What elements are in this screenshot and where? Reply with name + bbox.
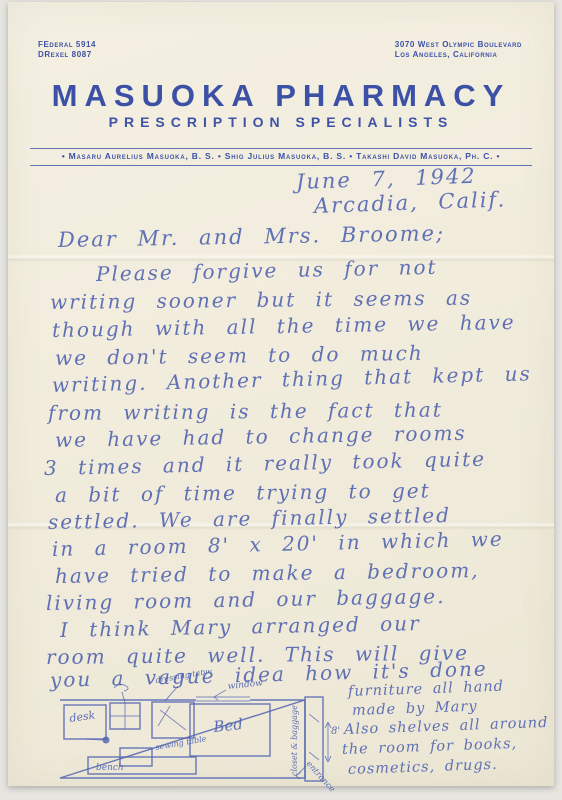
closet-hatch <box>309 714 319 760</box>
label-arrow <box>165 686 178 701</box>
label-arrow <box>214 690 226 700</box>
pharmacists-names: • Masaru Aurelius Masuoka, B. S. • Shig … <box>8 151 554 161</box>
window-mark <box>196 697 250 701</box>
body-line: I think Mary arranged our <box>60 611 421 642</box>
diagram-label-entrance: entrance <box>304 759 337 794</box>
pharmacy-title: MASUOKA PHARMACY <box>8 78 554 114</box>
diagram-label-closet: closet & baggage <box>290 705 299 776</box>
salutation: Dear Mr. and Mrs. Broome; <box>58 221 445 252</box>
diagram-label-window: window <box>227 678 263 692</box>
letterhead-address: 3070 West Olympic Boulevard Los Angeles,… <box>395 40 522 60</box>
body-line: a bit of time trying to get <box>55 478 431 507</box>
diagram-label-desk: desk <box>69 708 97 725</box>
scribble <box>114 684 128 691</box>
chair-cross <box>110 692 140 729</box>
address-line-1: 3070 West Olympic Boulevard <box>395 40 522 50</box>
pharmacy-subtitle: PRESCRIPTION SPECIALISTS <box>8 114 554 130</box>
room-diagram: desk dressing table sewing table Bed ben… <box>30 670 370 798</box>
diagram-label-width: 8' <box>331 726 340 737</box>
side-note-line: cosmetics, drugs. <box>348 757 498 778</box>
diagram-label-bed: Bed <box>212 715 244 736</box>
letter-paper: FEderal 5914 DRexel 8087 3070 West Olymp… <box>8 2 554 786</box>
phone-line-1: FEderal 5914 <box>38 40 96 50</box>
letterhead-phones: FEderal 5914 DRexel 8087 <box>38 40 96 60</box>
side-note-line: made by Mary <box>352 699 478 719</box>
diagram-label-bench: bench <box>96 763 124 773</box>
body-line: Please forgive us for not <box>96 255 438 286</box>
body-line: 3 times and it really took quite <box>44 447 486 480</box>
letterhead-rule-top <box>30 148 532 149</box>
ink-blob <box>103 737 110 744</box>
diagram-label-sewing-table: sewing table <box>155 734 208 752</box>
side-note-line: Also shelves all around <box>344 715 549 738</box>
body-line: we have had to change rooms <box>55 421 467 452</box>
scanned-letter: FEderal 5914 DRexel 8087 3070 West Olymp… <box>0 0 562 800</box>
body-line: writing sooner but it seems as <box>50 286 472 314</box>
scribble <box>158 706 186 730</box>
body-line: living room and our baggage. <box>46 584 446 615</box>
diagram-label-dressing-table: dressing table <box>155 670 214 685</box>
body-line: have tried to make a bedroom, <box>55 558 480 588</box>
address-line-2: Los Angeles, California <box>395 50 522 60</box>
phone-line-2: DRexel 8087 <box>38 50 96 60</box>
body-line: from writing is the fact that <box>48 398 443 425</box>
body-line: though with all the time we have <box>52 310 516 342</box>
